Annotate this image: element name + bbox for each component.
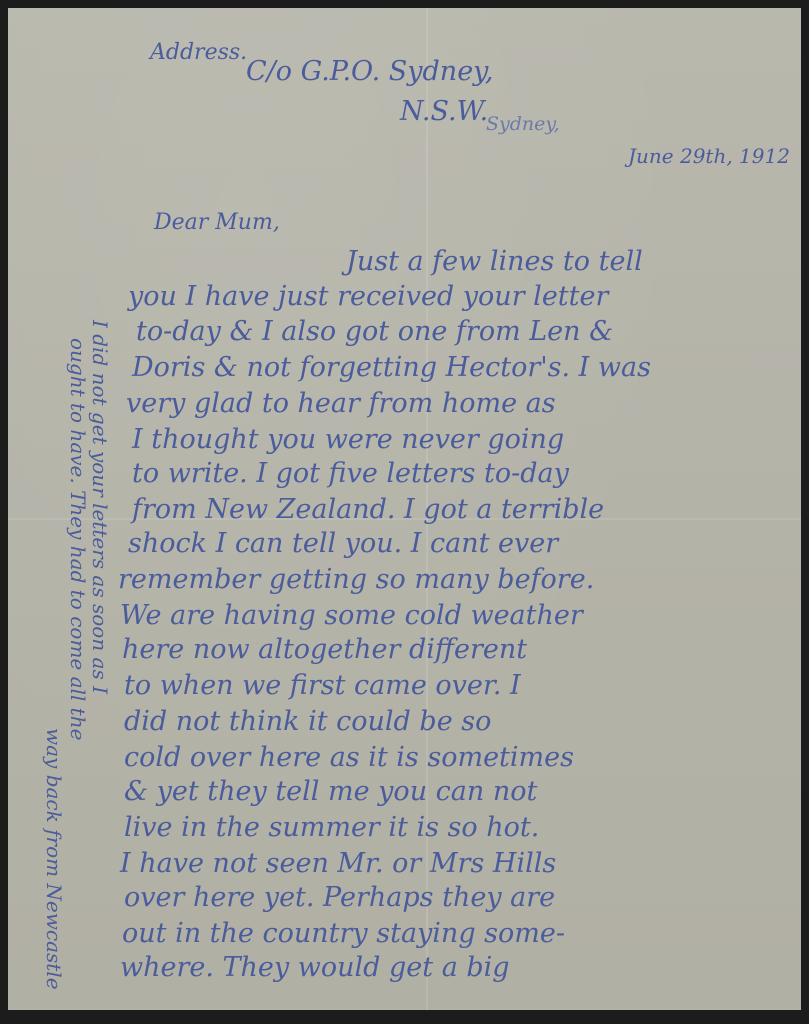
body-line: out in the country staying some- [122,920,565,947]
margin-note-line: I did not get your letters as soon as I [88,320,112,694]
margin-note-line: way back from Newcastle [42,728,66,990]
salutation: Dear Mum, [154,212,280,234]
address-label: Address. [150,42,247,64]
body-line: here now altogether different [122,636,527,663]
body-line: very glad to hear from home as [126,390,556,417]
body-line: did not think it could be so [124,708,491,735]
body-line: over here yet. Perhaps they are [124,884,555,911]
body-line: you I have just received your letter [128,283,608,310]
body-line: & yet they tell me you can not [124,778,537,805]
body-line: to write. I got five letters to-day [132,460,569,487]
body-line: I thought you were never going [132,426,564,453]
address-line-2: N.S.W. [400,98,488,125]
body-line: We are having some cold weather [120,602,583,629]
body-line: to when we first came over. I [124,672,521,699]
body-line: to-day & I also got one from Len & [136,318,613,345]
body-line: remember getting so many before. [118,566,594,593]
address-line-3: Sydney, [486,115,560,134]
letter-page: Address. C/o G.P.O. Sydney, N.S.W. Sydne… [8,8,801,1010]
body-line: live in the summer it is so hot. [124,814,539,841]
body-line: where. They would get a big [120,954,510,981]
body-line: cold over here as it is sometimes [124,744,574,771]
body-line: Just a few lines to tell [346,248,643,275]
body-line: I have not seen Mr. or Mrs Hills [120,850,556,877]
body-line: from New Zealand. I got a terrible [132,496,604,523]
address-line-1: C/o G.P.O. Sydney, [246,58,493,85]
body-line: Doris & not forgetting Hector's. I was [132,354,651,381]
letter-date: June 29th, 1912 [628,146,790,166]
body-line: shock I can tell you. I cant ever [128,530,558,557]
margin-note-line: ought to have. They had to come all the [66,338,90,740]
